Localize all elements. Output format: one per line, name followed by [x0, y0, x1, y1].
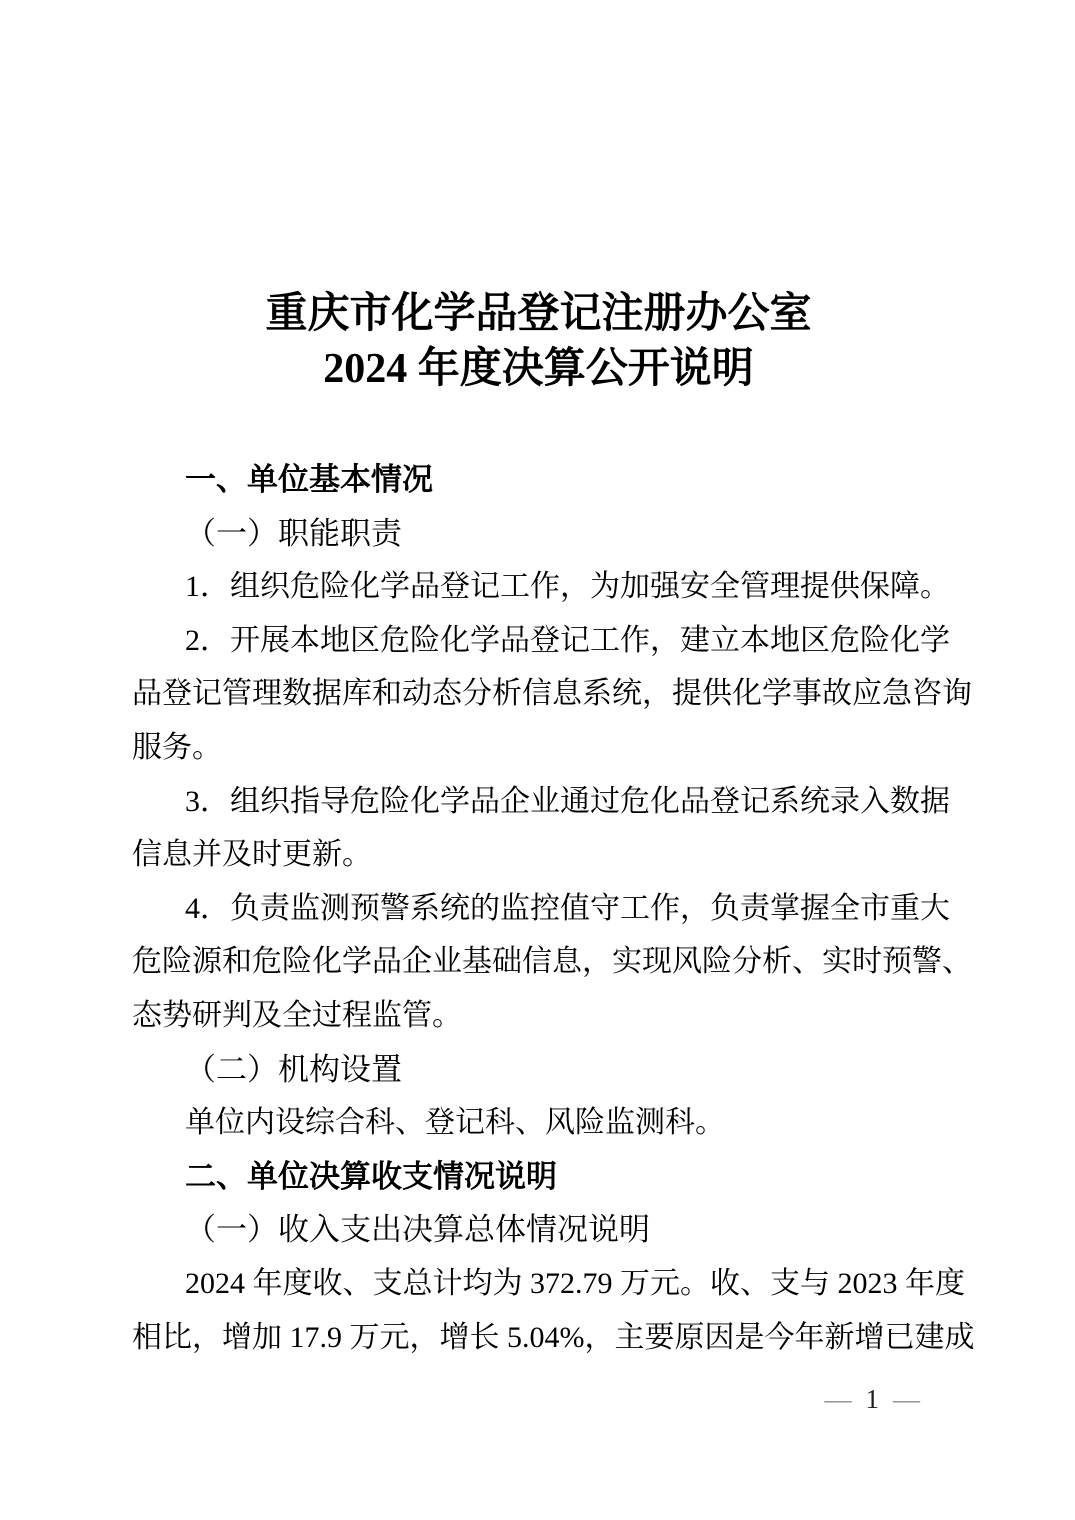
section-heading-2: 二、单位决算收支情况说明 [132, 1150, 945, 1204]
paragraph-line: 单位内设综合科、登记科、风险监测科。 [132, 1096, 945, 1150]
document-page: 重庆市化学品登记注册办公室 2024 年度决算公开说明 一、单位基本情况 （一）… [0, 0, 1075, 1520]
paragraph-line: 2024 年度收、支总计均为 372.79 万元。收、支与 2023 年度 [132, 1257, 945, 1311]
paragraph-line: 3．组织指导危险化学品企业通过危化品登记系统录入数据 [132, 775, 945, 829]
document-title-line-1: 重庆市化学品登记注册办公室 [132, 287, 945, 342]
paragraph-line: 1．组织危险化学品登记工作，为加强安全管理提供保障。 [132, 560, 945, 614]
paragraph-line: 服务。 [132, 721, 945, 775]
paragraph-line: 相比，增加 17.9 万元，增长 5.04%，主要原因是今年新增已建成 [132, 1311, 945, 1365]
subsection-heading-2-1: （一）收入支出决算总体情况说明 [132, 1203, 945, 1257]
subsection-heading-1-1: （一）职能职责 [132, 507, 945, 561]
paragraph-line: 态势研判及全过程监管。 [132, 989, 945, 1043]
paragraph-line: 危险源和危险化学品企业基础信息，实现风险分析、实时预警、 [132, 935, 945, 989]
page-number: 1 [866, 1384, 880, 1414]
subsection-heading-1-2: （二）机构设置 [132, 1043, 945, 1097]
section-heading-1: 一、单位基本情况 [132, 453, 945, 507]
document-body: 一、单位基本情况 （一）职能职责 1．组织危险化学品登记工作，为加强安全管理提供… [132, 453, 945, 1364]
page-footer: —1— [132, 1384, 945, 1414]
paragraph-line: 品登记管理数据库和动态分析信息系统，提供化学事故应急咨询 [132, 667, 945, 721]
paragraph-line: 2．开展本地区危险化学品登记工作，建立本地区危险化学 [132, 614, 945, 668]
paragraph-line: 信息并及时更新。 [132, 828, 945, 882]
footer-dash-right: — [893, 1384, 920, 1414]
document-title-line-2: 2024 年度决算公开说明 [132, 342, 945, 397]
document-title: 重庆市化学品登记注册办公室 2024 年度决算公开说明 [132, 287, 945, 397]
footer-dash-left: — [825, 1384, 852, 1414]
paragraph-line: 4．负责监测预警系统的监控值守工作，负责掌握全市重大 [132, 882, 945, 936]
